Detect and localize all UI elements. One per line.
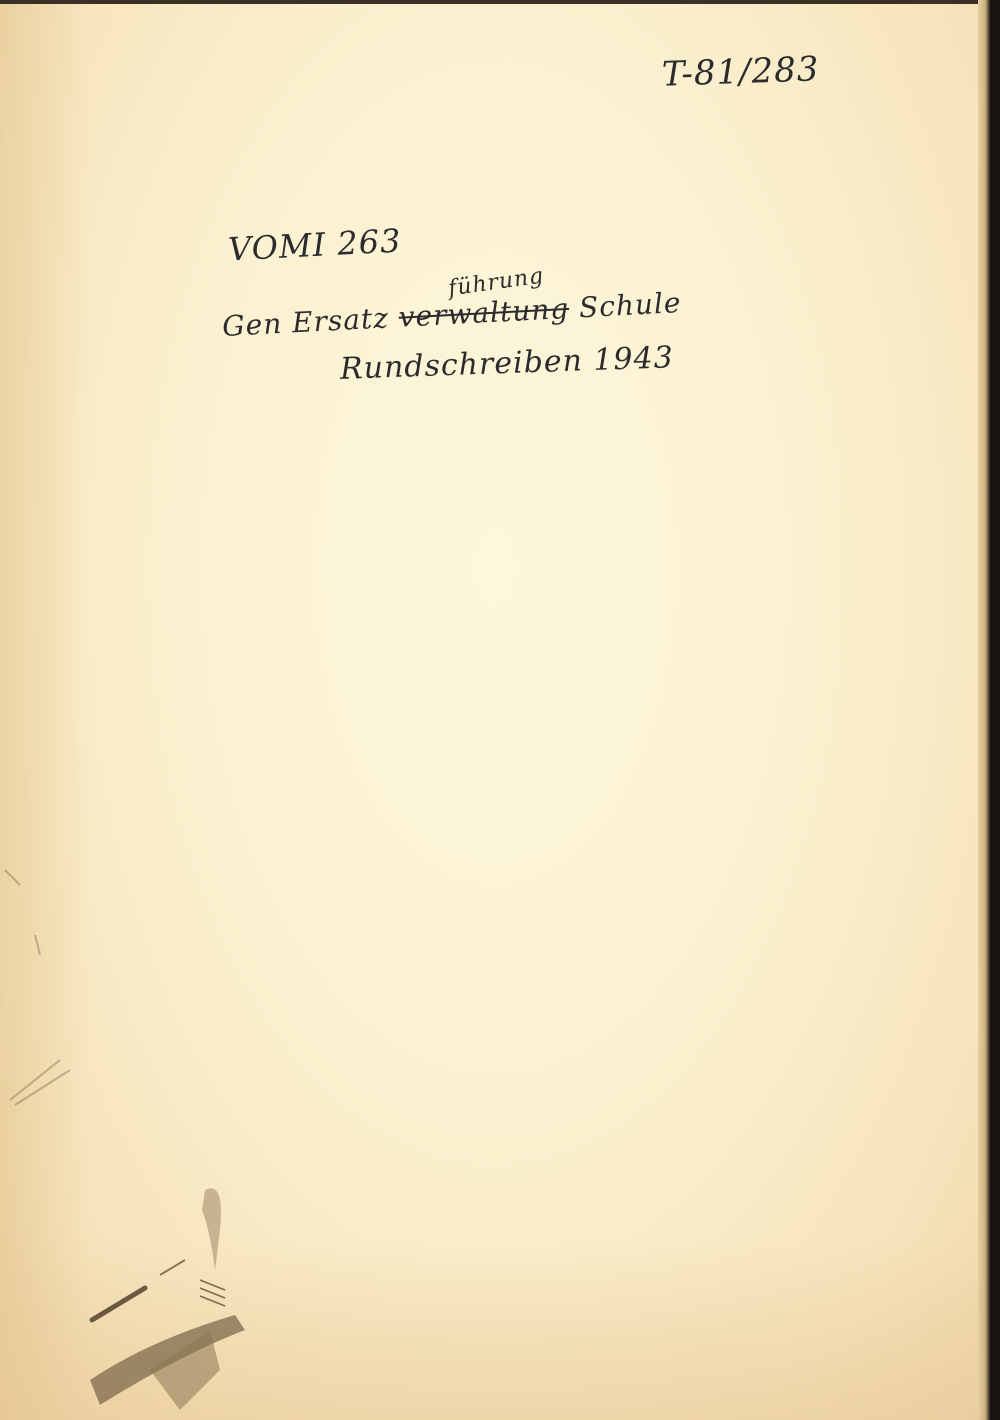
struck-word: verwaltung	[398, 292, 570, 334]
scan-right-edge	[978, 0, 990, 1420]
subtitle-line: Rundschreiben 1943	[339, 340, 674, 387]
folder-id: VOMI 263	[227, 221, 402, 268]
paper-damage-stain	[60, 1170, 320, 1420]
reference-number: T-81/283	[661, 49, 820, 94]
title-prefix: Gen Ersatz	[221, 301, 389, 343]
document-page: T-81/283 VOMI 263 führung Gen Ersatz ver…	[0, 0, 990, 1420]
scan-top-edge	[0, 0, 990, 4]
ink-smudge-marks	[0, 860, 90, 1160]
title-suffix: Schule	[578, 286, 682, 324]
